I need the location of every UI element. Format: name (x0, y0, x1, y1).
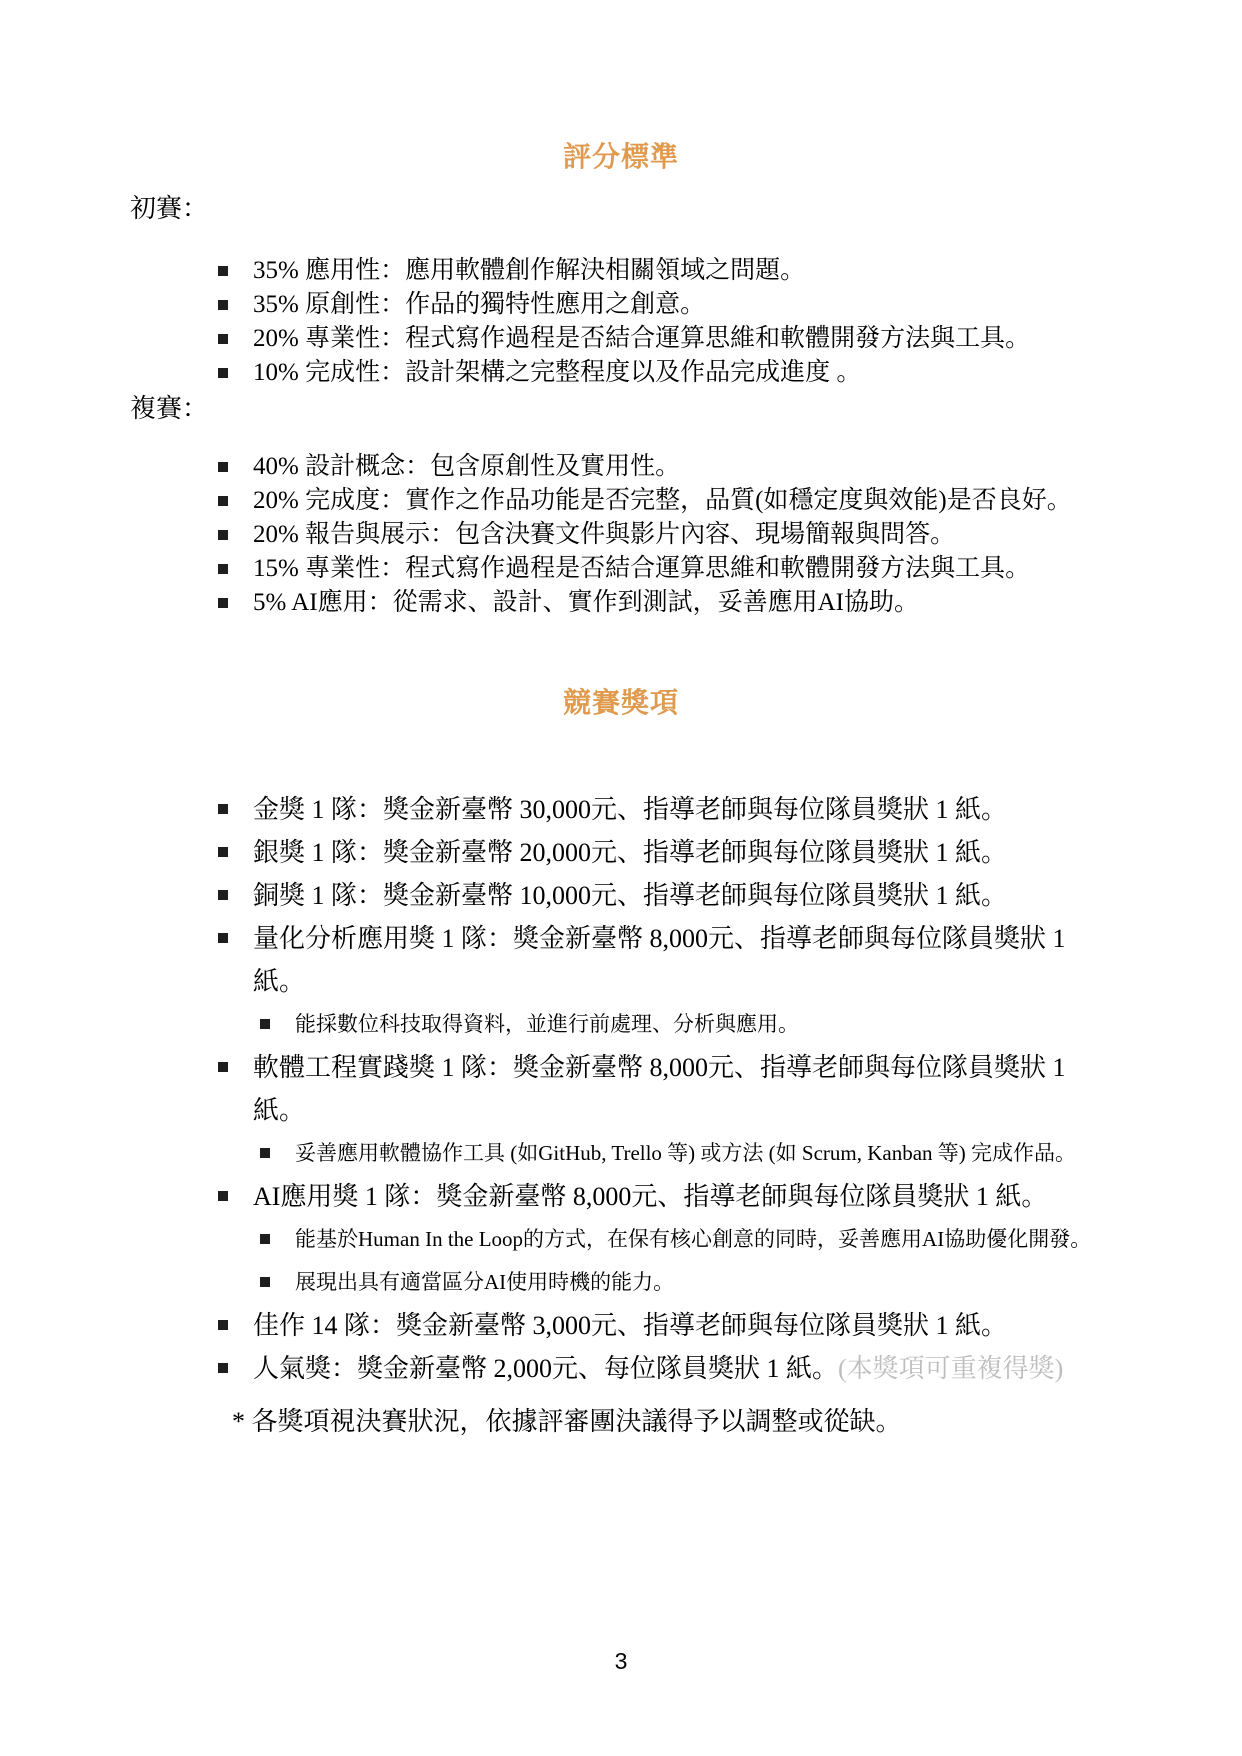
bullet-square-icon (260, 1234, 270, 1244)
criteria-item: 35% 應用性：應用軟體創作解決相關領域之問題。 (0, 254, 1242, 288)
bullet-square-icon (218, 847, 228, 857)
bullet-square-icon (260, 1277, 270, 1287)
criteria-text: 20% 完成度：實作之作品功能是否完整，品質(如穩定度與效能)是否良好。 (253, 484, 1072, 518)
document-page: 評分標準 初賽： 35% 應用性：應用軟體創作解決相關領域之問題。 35% 原創… (0, 0, 1242, 1756)
award-main-line: 量化分析應用獎 1 隊：獎金新臺幣 8,000元、指導老師與每位隊員獎狀 1 紙… (0, 917, 1242, 1003)
criteria-item: 5% AI應用：從需求、設計、實作到測試，妥善應用AI協助。 (0, 586, 1242, 620)
bullet-square-icon (218, 368, 228, 378)
awards-section-title: 競賽獎項 (0, 686, 1242, 720)
criteria-text: 35% 原創性：作品的獨特性應用之創意。 (253, 288, 705, 322)
bullet-square-icon (260, 1019, 270, 1029)
criteria-text: 20% 報告與展示：包含決賽文件與影片內容、現場簡報與問答。 (253, 518, 955, 552)
award-item: AI應用獎 1 隊：獎金新臺幣 8,000元、指導老師與每位隊員獎狀 1 紙。 … (0, 1175, 1242, 1304)
award-text: 量化分析應用獎 1 隊：獎金新臺幣 8,000元、指導老師與每位隊員獎狀 1 紙… (253, 924, 1066, 996)
bullet-square-icon (218, 530, 228, 540)
awards-list: 金獎 1 隊：獎金新臺幣 30,000元、指導老師與每位隊員獎狀 1 紙。 銀獎… (0, 788, 1242, 1390)
award-main-line: 金獎 1 隊：獎金新臺幣 30,000元、指導老師與每位隊員獎狀 1 紙。 (0, 788, 1242, 831)
bullet-square-icon (218, 933, 228, 943)
criteria-item: 40% 設計概念：包含原創性及實用性。 (0, 450, 1242, 484)
award-sub-item: 能採數位科技取得資料，並進行前處理、分析與應用。 (0, 1003, 1242, 1046)
criteria-item: 20% 報告與展示：包含決賽文件與影片內容、現場簡報與問答。 (0, 518, 1242, 552)
bullet-square-icon (218, 334, 228, 344)
bullet-square-icon (218, 1062, 228, 1072)
bullet-square-icon (218, 564, 228, 574)
award-text: 金獎 1 隊：獎金新臺幣 30,000元、指導老師與每位隊員獎狀 1 紙。 (253, 795, 1007, 824)
bullet-square-icon (218, 804, 228, 814)
preliminary-criteria-list: 35% 應用性：應用軟體創作解決相關領域之問題。 35% 原創性：作品的獨特性應… (0, 254, 1242, 390)
criteria-text: 20% 專業性：程式寫作過程是否結合運算思維和軟體開發方法與工具。 (253, 322, 1030, 356)
award-text: AI應用獎 1 隊：獎金新臺幣 8,000元、指導老師與每位隊員獎狀 1 紙。 (253, 1182, 1047, 1211)
bullet-square-icon (218, 1363, 228, 1373)
bullet-square-icon (218, 890, 228, 900)
award-text-wrap: 金獎 1 隊：獎金新臺幣 30,000元、指導老師與每位隊員獎狀 1 紙。 (253, 788, 1109, 831)
awards-footnote: * 各獎項視決賽狀況，依據評審團決議得予以調整或從缺。 (0, 1400, 1242, 1443)
award-text-wrap: 銀獎 1 隊：獎金新臺幣 20,000元、指導老師與每位隊員獎狀 1 紙。 (253, 831, 1109, 874)
award-item: 銀獎 1 隊：獎金新臺幣 20,000元、指導老師與每位隊員獎狀 1 紙。 (0, 831, 1242, 874)
award-text: 銅獎 1 隊：獎金新臺幣 10,000元、指導老師與每位隊員獎狀 1 紙。 (253, 881, 1007, 910)
criteria-item: 15% 專業性：程式寫作過程是否結合運算思維和軟體開發方法與工具。 (0, 552, 1242, 586)
bullet-square-icon (218, 496, 228, 506)
bullet-square-icon (218, 598, 228, 608)
award-main-line: 銅獎 1 隊：獎金新臺幣 10,000元、指導老師與每位隊員獎狀 1 紙。 (0, 874, 1242, 917)
award-item: 量化分析應用獎 1 隊：獎金新臺幣 8,000元、指導老師與每位隊員獎狀 1 紙… (0, 917, 1242, 1046)
award-text: 軟體工程實踐獎 1 隊：獎金新臺幣 8,000元、指導老師與每位隊員獎狀 1 紙… (253, 1053, 1066, 1125)
award-main-line: 人氣獎：獎金新臺幣 2,000元、每位隊員獎狀 1 紙。(本獎項可重複得獎) (0, 1347, 1242, 1390)
award-main-line: 軟體工程實踐獎 1 隊：獎金新臺幣 8,000元、指導老師與每位隊員獎狀 1 紙… (0, 1046, 1242, 1132)
award-main-line: 銀獎 1 隊：獎金新臺幣 20,000元、指導老師與每位隊員獎狀 1 紙。 (0, 831, 1242, 874)
award-sub-list: 能基於Human In the Loop的方式，在保有核心創意的同時，妥善應用A… (0, 1218, 1242, 1304)
award-sub-text: 能採數位科技取得資料，並進行前處理、分析與應用。 (295, 1003, 799, 1046)
award-text-wrap: 銅獎 1 隊：獎金新臺幣 10,000元、指導老師與每位隊員獎狀 1 紙。 (253, 874, 1109, 917)
award-text-wrap: 人氣獎：獎金新臺幣 2,000元、每位隊員獎狀 1 紙。(本獎項可重複得獎) (253, 1347, 1109, 1390)
award-sub-list: 能採數位科技取得資料，並進行前處理、分析與應用。 (0, 1003, 1242, 1046)
bullet-square-icon (218, 266, 228, 276)
round-label-semifinal: 複賽： (0, 392, 1242, 426)
award-sub-item: 妥善應用軟體協作工具 (如GitHub, Trello 等) 或方法 (如 Sc… (0, 1132, 1242, 1175)
award-text-wrap: 佳作 14 隊：獎金新臺幣 3,000元、指導老師與每位隊員獎狀 1 紙。 (253, 1304, 1109, 1347)
criteria-text: 15% 專業性：程式寫作過程是否結合運算思維和軟體開發方法與工具。 (253, 552, 1030, 586)
scoring-section-title: 評分標準 (0, 140, 1242, 174)
award-sub-list: 妥善應用軟體協作工具 (如GitHub, Trello 等) 或方法 (如 Sc… (0, 1132, 1242, 1175)
page-number: 3 (0, 1646, 1242, 1676)
award-item: 軟體工程實踐獎 1 隊：獎金新臺幣 8,000元、指導老師與每位隊員獎狀 1 紙… (0, 1046, 1242, 1175)
award-item: 佳作 14 隊：獎金新臺幣 3,000元、指導老師與每位隊員獎狀 1 紙。 (0, 1304, 1242, 1347)
bullet-square-icon (218, 1320, 228, 1330)
criteria-item: 20% 完成度：實作之作品功能是否完整，品質(如穩定度與效能)是否良好。 (0, 484, 1242, 518)
criteria-text: 35% 應用性：應用軟體創作解決相關領域之問題。 (253, 254, 805, 288)
bullet-square-icon (218, 300, 228, 310)
award-text: 人氣獎：獎金新臺幣 2,000元、每位隊員獎狀 1 紙。 (253, 1354, 838, 1383)
award-main-line: 佳作 14 隊：獎金新臺幣 3,000元、指導老師與每位隊員獎狀 1 紙。 (0, 1304, 1242, 1347)
bullet-square-icon (260, 1148, 270, 1158)
award-text-wrap: 軟體工程實踐獎 1 隊：獎金新臺幣 8,000元、指導老師與每位隊員獎狀 1 紙… (253, 1046, 1109, 1132)
award-text: 佳作 14 隊：獎金新臺幣 3,000元、指導老師與每位隊員獎狀 1 紙。 (253, 1311, 1007, 1340)
award-main-line: AI應用獎 1 隊：獎金新臺幣 8,000元、指導老師與每位隊員獎狀 1 紙。 (0, 1175, 1242, 1218)
criteria-text: 10% 完成性：設計架構之完整程度以及作品完成進度 。 (253, 356, 861, 390)
award-text-wrap: AI應用獎 1 隊：獎金新臺幣 8,000元、指導老師與每位隊員獎狀 1 紙。 (253, 1175, 1109, 1218)
award-sub-text: 能基於Human In the Loop的方式，在保有核心創意的同時，妥善應用A… (295, 1218, 1091, 1261)
award-sub-item: 能基於Human In the Loop的方式，在保有核心創意的同時，妥善應用A… (0, 1218, 1242, 1261)
award-item: 金獎 1 隊：獎金新臺幣 30,000元、指導老師與每位隊員獎狀 1 紙。 (0, 788, 1242, 831)
award-item: 銅獎 1 隊：獎金新臺幣 10,000元、指導老師與每位隊員獎狀 1 紙。 (0, 874, 1242, 917)
award-sub-text: 展現出具有適當區分AI使用時機的能力。 (295, 1261, 674, 1304)
award-sub-text: 妥善應用軟體協作工具 (如GitHub, Trello 等) 或方法 (如 Sc… (295, 1132, 1076, 1175)
award-sub-item: 展現出具有適當區分AI使用時機的能力。 (0, 1261, 1242, 1304)
criteria-text: 40% 設計概念：包含原創性及實用性。 (253, 450, 680, 484)
criteria-item: 35% 原創性：作品的獨特性應用之創意。 (0, 288, 1242, 322)
award-note: (本獎項可重複得獎) (838, 1354, 1063, 1383)
bullet-square-icon (218, 462, 228, 472)
award-text: 銀獎 1 隊：獎金新臺幣 20,000元、指導老師與每位隊員獎狀 1 紙。 (253, 838, 1007, 867)
round-label-preliminary: 初賽： (0, 192, 1242, 226)
criteria-item: 10% 完成性：設計架構之完整程度以及作品完成進度 。 (0, 356, 1242, 390)
criteria-item: 20% 專業性：程式寫作過程是否結合運算思維和軟體開發方法與工具。 (0, 322, 1242, 356)
criteria-text: 5% AI應用：從需求、設計、實作到測試，妥善應用AI協助。 (253, 586, 919, 620)
bullet-square-icon (218, 1191, 228, 1201)
award-text-wrap: 量化分析應用獎 1 隊：獎金新臺幣 8,000元、指導老師與每位隊員獎狀 1 紙… (253, 917, 1109, 1003)
semifinal-criteria-list: 40% 設計概念：包含原創性及實用性。 20% 完成度：實作之作品功能是否完整，… (0, 450, 1242, 620)
award-item: 人氣獎：獎金新臺幣 2,000元、每位隊員獎狀 1 紙。(本獎項可重複得獎) (0, 1347, 1242, 1390)
